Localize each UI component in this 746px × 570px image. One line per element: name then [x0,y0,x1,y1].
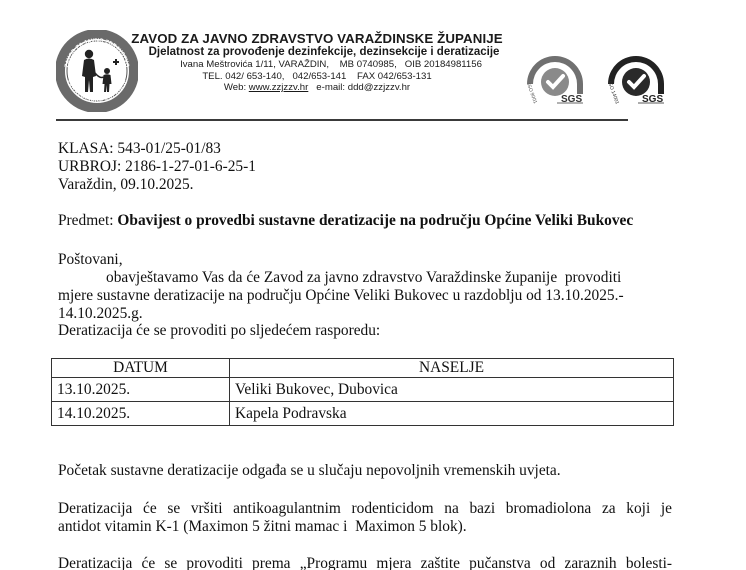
table-header-row: DATUM NASELJE [52,359,674,378]
svg-text:SGS: SGS [642,94,663,104]
schedule-date: 13.10.2025. [52,378,230,402]
sgs-iso-9001-certification-icon: SYSTEM CERTIFICATION ISO 9001 SGS [521,42,589,104]
program-paragraph-line-1: Deratizacija će se provoditi prema „Prog… [58,555,672,570]
paragraph-1-line-3: 14.10.2025.g. [58,305,143,323]
column-header-settlement: NASELJE [230,359,674,378]
institution-contact: Web: www.zzjzzv.hr e-mail: ddd@zzjzzv.hr [124,82,510,94]
rodenticide-line-2: antidot vitamin K-1 (Maximon 5 žitni mam… [58,518,672,536]
urbroj-reference: URBROJ: 2186-1-27-01-6-25-1 [58,158,256,176]
column-header-date: DATUM [52,359,230,378]
rodenticide-paragraph: Deratizacija će se vršiti antikoagulantn… [58,500,672,536]
schedule-date: 14.10.2025. [52,402,230,426]
department-name: Djelatnost za provođenje dezinfekcije, d… [124,46,510,59]
subject-line: Predmet: Obavijest o provedbi sustavne d… [58,212,633,230]
salutation: Poštovani, [58,251,123,269]
schedule-settlement: Veliki Bukovec, Dubovica [230,378,674,402]
schedule-table: DATUM NASELJE 13.10.2025. Veliki Bukovec… [51,358,674,426]
schedule-settlement: Kapela Podravska [230,402,674,426]
letterhead: ZAVOD ZA JAVNO ZDRAVSTVO VARAŽDINSKE ŽUP… [0,0,746,130]
table-row: 14.10.2025. Kapela Podravska [52,402,674,426]
website-link[interactable]: www.zzjzzv.hr [249,82,309,93]
email-text: e-mail: ddd@zzjzzv.hr [308,82,410,93]
sgs-iso-14001-certification-icon: SYSTEM CERTIFICATION ISO 14001 SGS [602,42,670,104]
place-and-date: Varaždin, 09.10.2025. [58,176,194,194]
klasa-reference: KLASA: 543-01/25-01/83 [58,140,221,158]
schedule-intro: Deratizacija će se provoditi po sljedeće… [58,322,380,340]
rodenticide-line-1: Deratizacija će se vršiti antikoagulantn… [58,500,672,518]
svg-text:ISO 9001: ISO 9001 [525,83,538,104]
paragraph-1-line-2: mjere sustavne deratizacije na području … [58,287,624,305]
subject-label: Predmet: [58,212,117,229]
subject-text: Obavijest o provedbi sustavne deratizaci… [117,212,633,229]
institution-phone: TEL. 042/ 653-140, 042/653-141 FAX 042/6… [124,71,510,83]
web-label: Web: [224,82,249,93]
svg-text:ISO 14001: ISO 14001 [606,81,620,104]
postponement-note: Početak sustavne deratizacije odgađa se … [58,462,561,480]
letterhead-text: ZAVOD ZA JAVNO ZDRAVSTVO VARAŽDINSKE ŽUP… [124,31,510,94]
table-row: 13.10.2025. Veliki Bukovec, Dubovica [52,378,674,402]
svg-text:SGS: SGS [561,94,582,104]
paragraph-1-line-1: obavještavamo Vas da će Zavod za javno z… [58,269,621,287]
institution-address: Ivana Meštrovića 1/11, VARAŽDIN, MB 0740… [124,59,510,71]
institution-name: ZAVOD ZA JAVNO ZDRAVSTVO VARAŽDINSKE ŽUP… [124,31,510,46]
letterhead-divider [56,119,628,121]
